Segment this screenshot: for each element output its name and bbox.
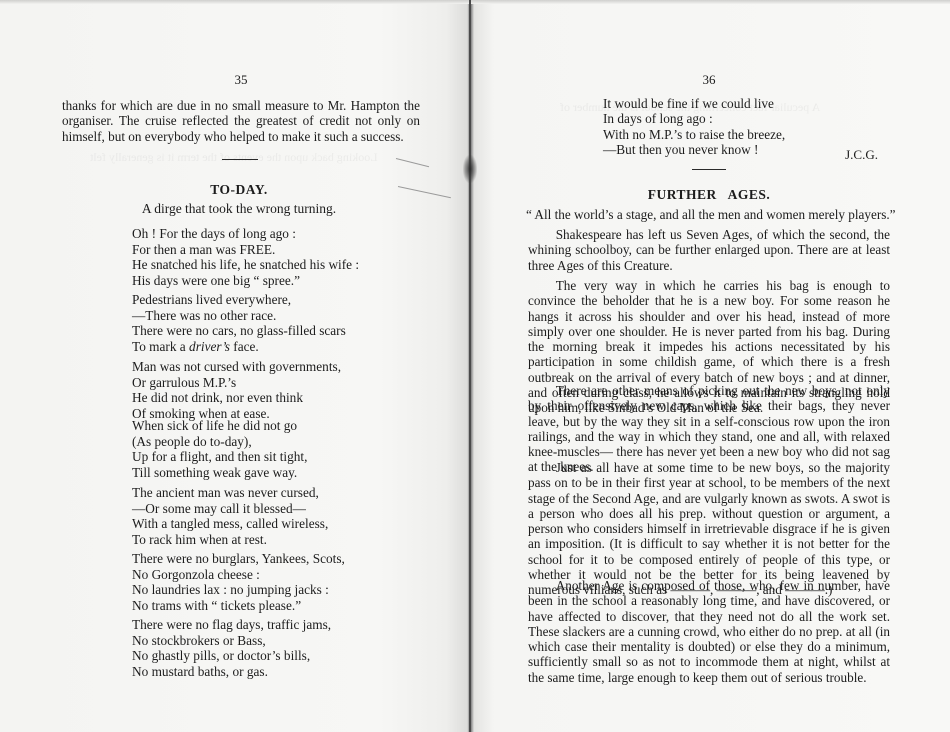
poem-title: TO-DAY.: [60, 182, 418, 198]
poem-line: No laundries lax : no jumping jacks :: [132, 582, 345, 598]
page-number: 35: [62, 72, 420, 88]
poem-stanza: The ancient man was never cursed, —Or so…: [132, 485, 328, 547]
book-spine: [469, 0, 471, 732]
poem-line: To mark a driver’s face.: [132, 339, 346, 355]
poem-line: Pedestrians lived everywhere,: [132, 292, 346, 308]
page-number: 36: [528, 72, 890, 88]
poem-line: With no M.P.’s to raise the breeze,: [603, 127, 785, 142]
poem-line: There were no burglars, Yankees, Scots,: [132, 551, 345, 567]
poem-line: Man was not cursed with governments,: [132, 359, 341, 375]
poem-line: He did not drink, nor even think: [132, 390, 341, 406]
poem-stanza: When sick of life he did not go (As peop…: [132, 418, 307, 480]
poem-line: It would be fine if we could live: [603, 96, 785, 111]
poem-stanza: There were no flag days, traffic jams, N…: [132, 617, 331, 679]
poem-line: —There was no other race.: [132, 308, 346, 324]
poem-line: Or garrulous M.P.’s: [132, 375, 341, 391]
poem-line: To rack him when at rest.: [132, 532, 328, 548]
poem-line: The ancient man was never cursed,: [132, 485, 328, 501]
section-divider: [222, 159, 258, 160]
poem-stanza: There were no burglars, Yankees, Scots, …: [132, 551, 345, 613]
poem-line: He snatched his life, he snatched his wi…: [132, 257, 359, 273]
poem-final-stanza: It would be fine if we could live In day…: [603, 96, 785, 158]
poem-line: His days were one big “ spree.”: [132, 273, 359, 289]
poem-line: —Or some may call it blessed—: [132, 501, 328, 517]
book-spread: Looking back upon the events of the term…: [0, 0, 950, 732]
poem-line: Till something weak gave way.: [132, 465, 307, 481]
essay-title: FURTHER AGES.: [528, 187, 890, 203]
poem-line: When sick of life he did not go: [132, 418, 307, 434]
poem-line: There were no flag days, traffic jams,: [132, 617, 331, 633]
left-page: 35 thanks for which are due in no small …: [62, 0, 420, 732]
poem-line: No trams with “ tickets please.”: [132, 598, 345, 614]
poem-stanza: Man was not cursed with governments, Or …: [132, 359, 341, 421]
poem-line: No Gorgonzola cheese :: [132, 567, 345, 583]
spine-blot: [463, 155, 477, 183]
right-page: 36 It would be fine if we could live In …: [528, 0, 890, 732]
author-signature: J.C.G.: [845, 147, 878, 163]
poem-line: No ghastly pills, or doctor’s bills,: [132, 648, 331, 664]
opening-paragraph: thanks for which are due in no small mea…: [62, 98, 420, 144]
poem-line: —But then you never know !: [603, 142, 785, 157]
poem-line: Up for a flight, and then sit tight,: [132, 449, 307, 465]
section-divider: [692, 169, 726, 170]
poem-subtitle: A dirge that took the wrong turning.: [60, 201, 418, 217]
poem-line: Oh ! For the days of long ago :: [132, 226, 359, 242]
poem-line: For then a man was FREE.: [132, 242, 359, 258]
poem-line: With a tangled mess, called wireless,: [132, 516, 328, 532]
poem-line: In days of long ago :: [603, 111, 785, 126]
poem-line: (As people do to-day),: [132, 434, 307, 450]
poem-stanza: Oh ! For the days of long ago : For then…: [132, 226, 359, 288]
essay-paragraph: Shakespeare has left us Seven Ages, of w…: [528, 227, 890, 273]
poem-line: There were no cars, no glass-filled scar…: [132, 323, 346, 339]
essay-paragraph: Another Age is composed of those, who, f…: [528, 578, 890, 685]
poem-stanza: Pedestrians lived everywhere, —There was…: [132, 292, 346, 354]
essay-epigraph: “ All the world’s a stage, and all the m…: [526, 207, 888, 223]
poem-line: No mustard baths, or gas.: [132, 664, 331, 680]
italic-word: driver’s: [189, 339, 230, 354]
poem-line: No stockbrokers or Bass,: [132, 633, 331, 649]
